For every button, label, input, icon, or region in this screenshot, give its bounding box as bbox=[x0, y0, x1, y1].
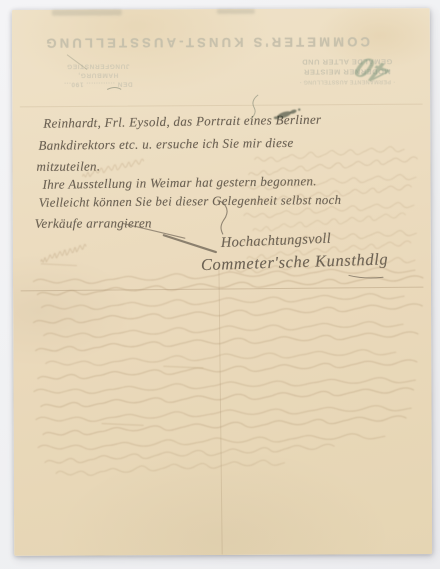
valediction: Hochachtungsvoll bbox=[220, 231, 331, 252]
letterhead-city-line: HAMBURG, JUNGFERNSTIEG bbox=[48, 61, 148, 79]
handwriting-line-3: mitzuteilen. bbox=[36, 159, 100, 175]
signature: Commeter'sche Kunsthdlg bbox=[201, 249, 389, 275]
letterhead-date-line: DEN ............ 190... bbox=[48, 79, 148, 88]
letter-paper: COMMETER'S KUNST-AUSSTELLUNG DEN .......… bbox=[12, 8, 432, 556]
letterhead-place-date-block: DEN ............ 190... HAMBURG, JUNGFER… bbox=[48, 61, 148, 88]
top-edge-faint-mark bbox=[217, 9, 255, 14]
handwriting-line-5: Vielleicht können Sie bei dieser Gelegen… bbox=[39, 193, 342, 211]
top-edge-faint-mark bbox=[52, 9, 122, 15]
scan-background: COMMETER'S KUNST-AUSSTELLUNG DEN .......… bbox=[0, 0, 440, 569]
handwriting-line-4: Ihre Ausstellung in Weimar hat gestern b… bbox=[42, 173, 316, 193]
handwriting-line-6: Verkäufe arrangieren bbox=[35, 215, 152, 232]
letterhead-title: COMMETER'S KUNST-AUSSTELLUNG bbox=[74, 34, 370, 50]
handwriting-line-1: Reinhardt, Frl. Eysold, das Portrait ein… bbox=[43, 112, 321, 132]
handwriting-line-2: Bankdirektors etc. u. ersuche ich Sie mi… bbox=[38, 135, 293, 154]
